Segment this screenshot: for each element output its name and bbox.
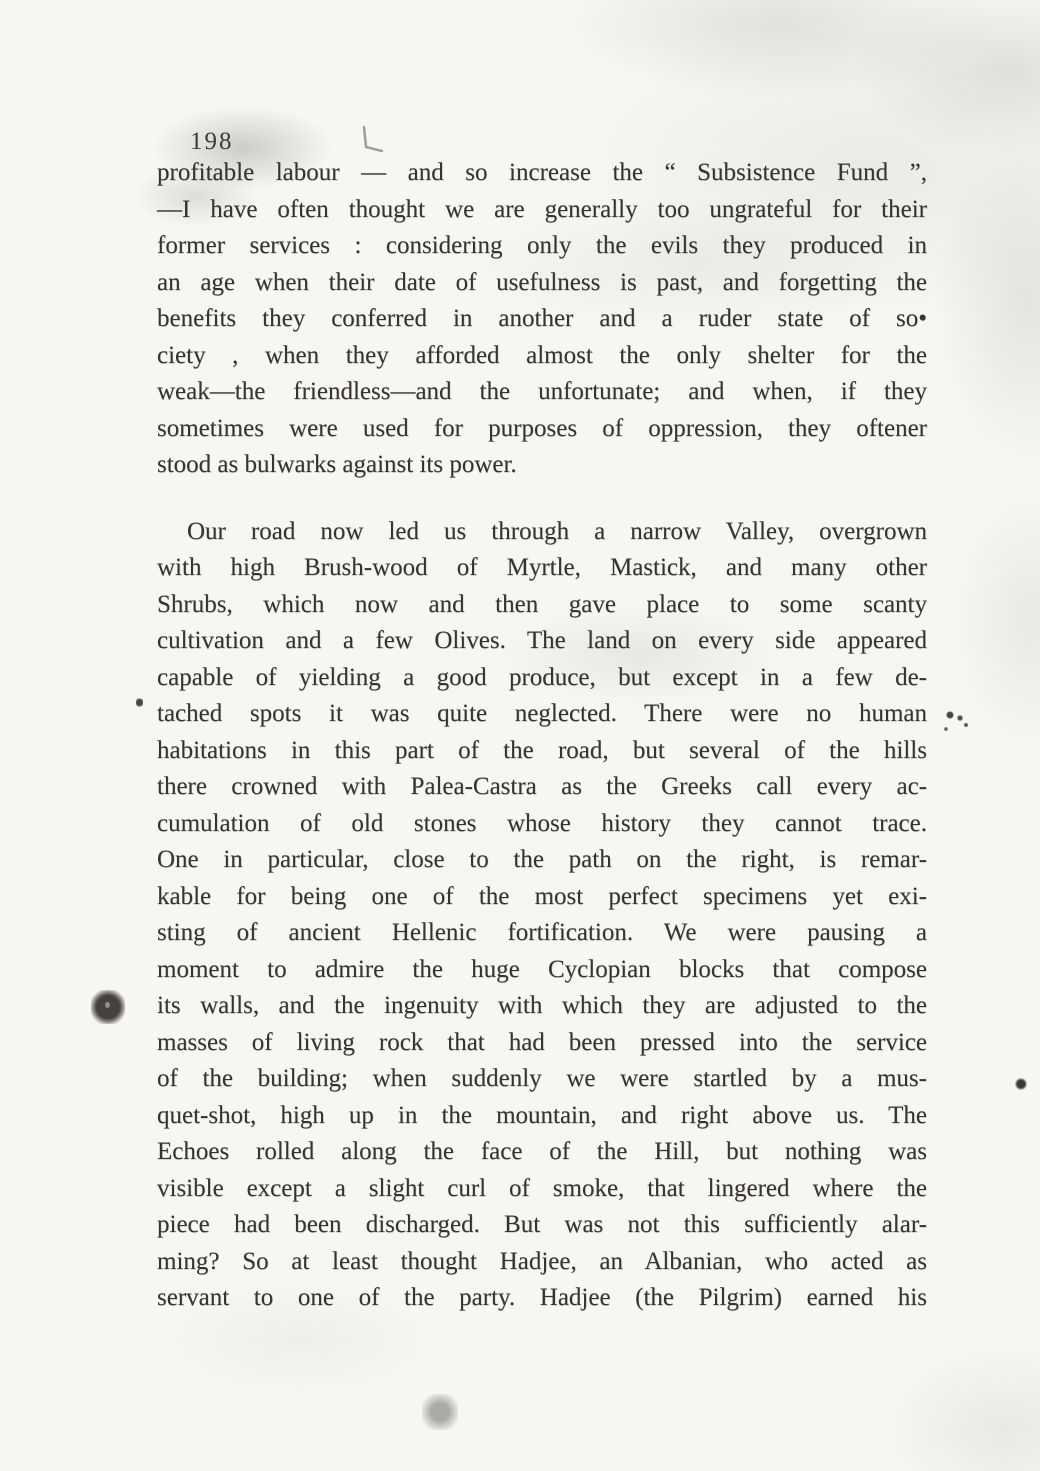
speck-left-margin xyxy=(136,698,143,707)
text-line: masses of living rock that had been pres… xyxy=(157,1025,927,1062)
text-line: weak—the friendless—and the unfortunate;… xyxy=(157,374,927,411)
text-line: cultivation and a few Olives. The land o… xyxy=(157,623,927,660)
text-line: there crowned with Palea-Castra as the G… xyxy=(157,769,927,806)
text-line: sometimes were used for purposes of oppr… xyxy=(157,411,927,448)
text-line: tached spots it was quite neglected. The… xyxy=(157,696,927,733)
text-line: capable of yielding a good produce, but … xyxy=(157,660,927,697)
text-line: —I have often thought we are generally t… xyxy=(157,192,927,229)
text-line: cumulation of old stones whose history t… xyxy=(157,806,927,843)
text-line: moment to admire the huge Cyclopian bloc… xyxy=(157,952,927,989)
text-line: ming? So at least thought Hadjee, an Alb… xyxy=(157,1244,927,1281)
text-line: sting of ancient Hellenic fortification.… xyxy=(157,915,927,952)
text-line: with high Brush-wood of Myrtle, Mastick,… xyxy=(157,550,927,587)
text-line: its walls, and the ingenuity with which … xyxy=(157,988,927,1025)
text-line: stood as bulwarks against its power. xyxy=(157,447,927,484)
paragraph: Our road now led us through a narrow Val… xyxy=(157,514,927,1317)
ink-spot-left-margin xyxy=(91,990,125,1024)
scanned-book-page: 198 profitable labour — and so increase … xyxy=(0,0,1040,1471)
paragraph: profitable labour — and so increase the … xyxy=(157,155,927,484)
text-line: Echoes rolled along the face of the Hill… xyxy=(157,1134,927,1171)
text-line: quet-shot, high up in the mountain, and … xyxy=(157,1098,927,1135)
text-line: kable for being one of the most perfect … xyxy=(157,879,927,916)
speck-cluster-right-margin xyxy=(938,703,978,737)
pencil-l-mark xyxy=(360,124,386,156)
page-number: 198 xyxy=(190,128,234,156)
text-line: an age when their date of usefulness is … xyxy=(157,265,927,302)
text-line: benefits they conferred in another and a… xyxy=(157,301,927,338)
page-text: profitable labour — and so increase the … xyxy=(157,155,927,1317)
smudge-spot-bottom xyxy=(422,1394,458,1430)
text-line: piece had been discharged. But was not t… xyxy=(157,1207,927,1244)
text-line: of the building; when suddenly we were s… xyxy=(157,1061,927,1098)
text-line: visible except a slight curl of smoke, t… xyxy=(157,1171,927,1208)
text-line: Shrubs, which now and then gave place to… xyxy=(157,587,927,624)
text-line: ciety , when they afforded almost the on… xyxy=(157,338,927,375)
text-line: servant to one of the party. Hadjee (the… xyxy=(157,1280,927,1317)
text-line: One in particular, close to the path on … xyxy=(157,842,927,879)
text-line: Our road now led us through a narrow Val… xyxy=(157,514,927,551)
ink-spot-right-margin xyxy=(1015,1078,1027,1090)
text-line: former services : considering only the e… xyxy=(157,228,927,265)
text-line: profitable labour — and so increase the … xyxy=(157,155,927,192)
text-line: habitations in this part of the road, bu… xyxy=(157,733,927,770)
